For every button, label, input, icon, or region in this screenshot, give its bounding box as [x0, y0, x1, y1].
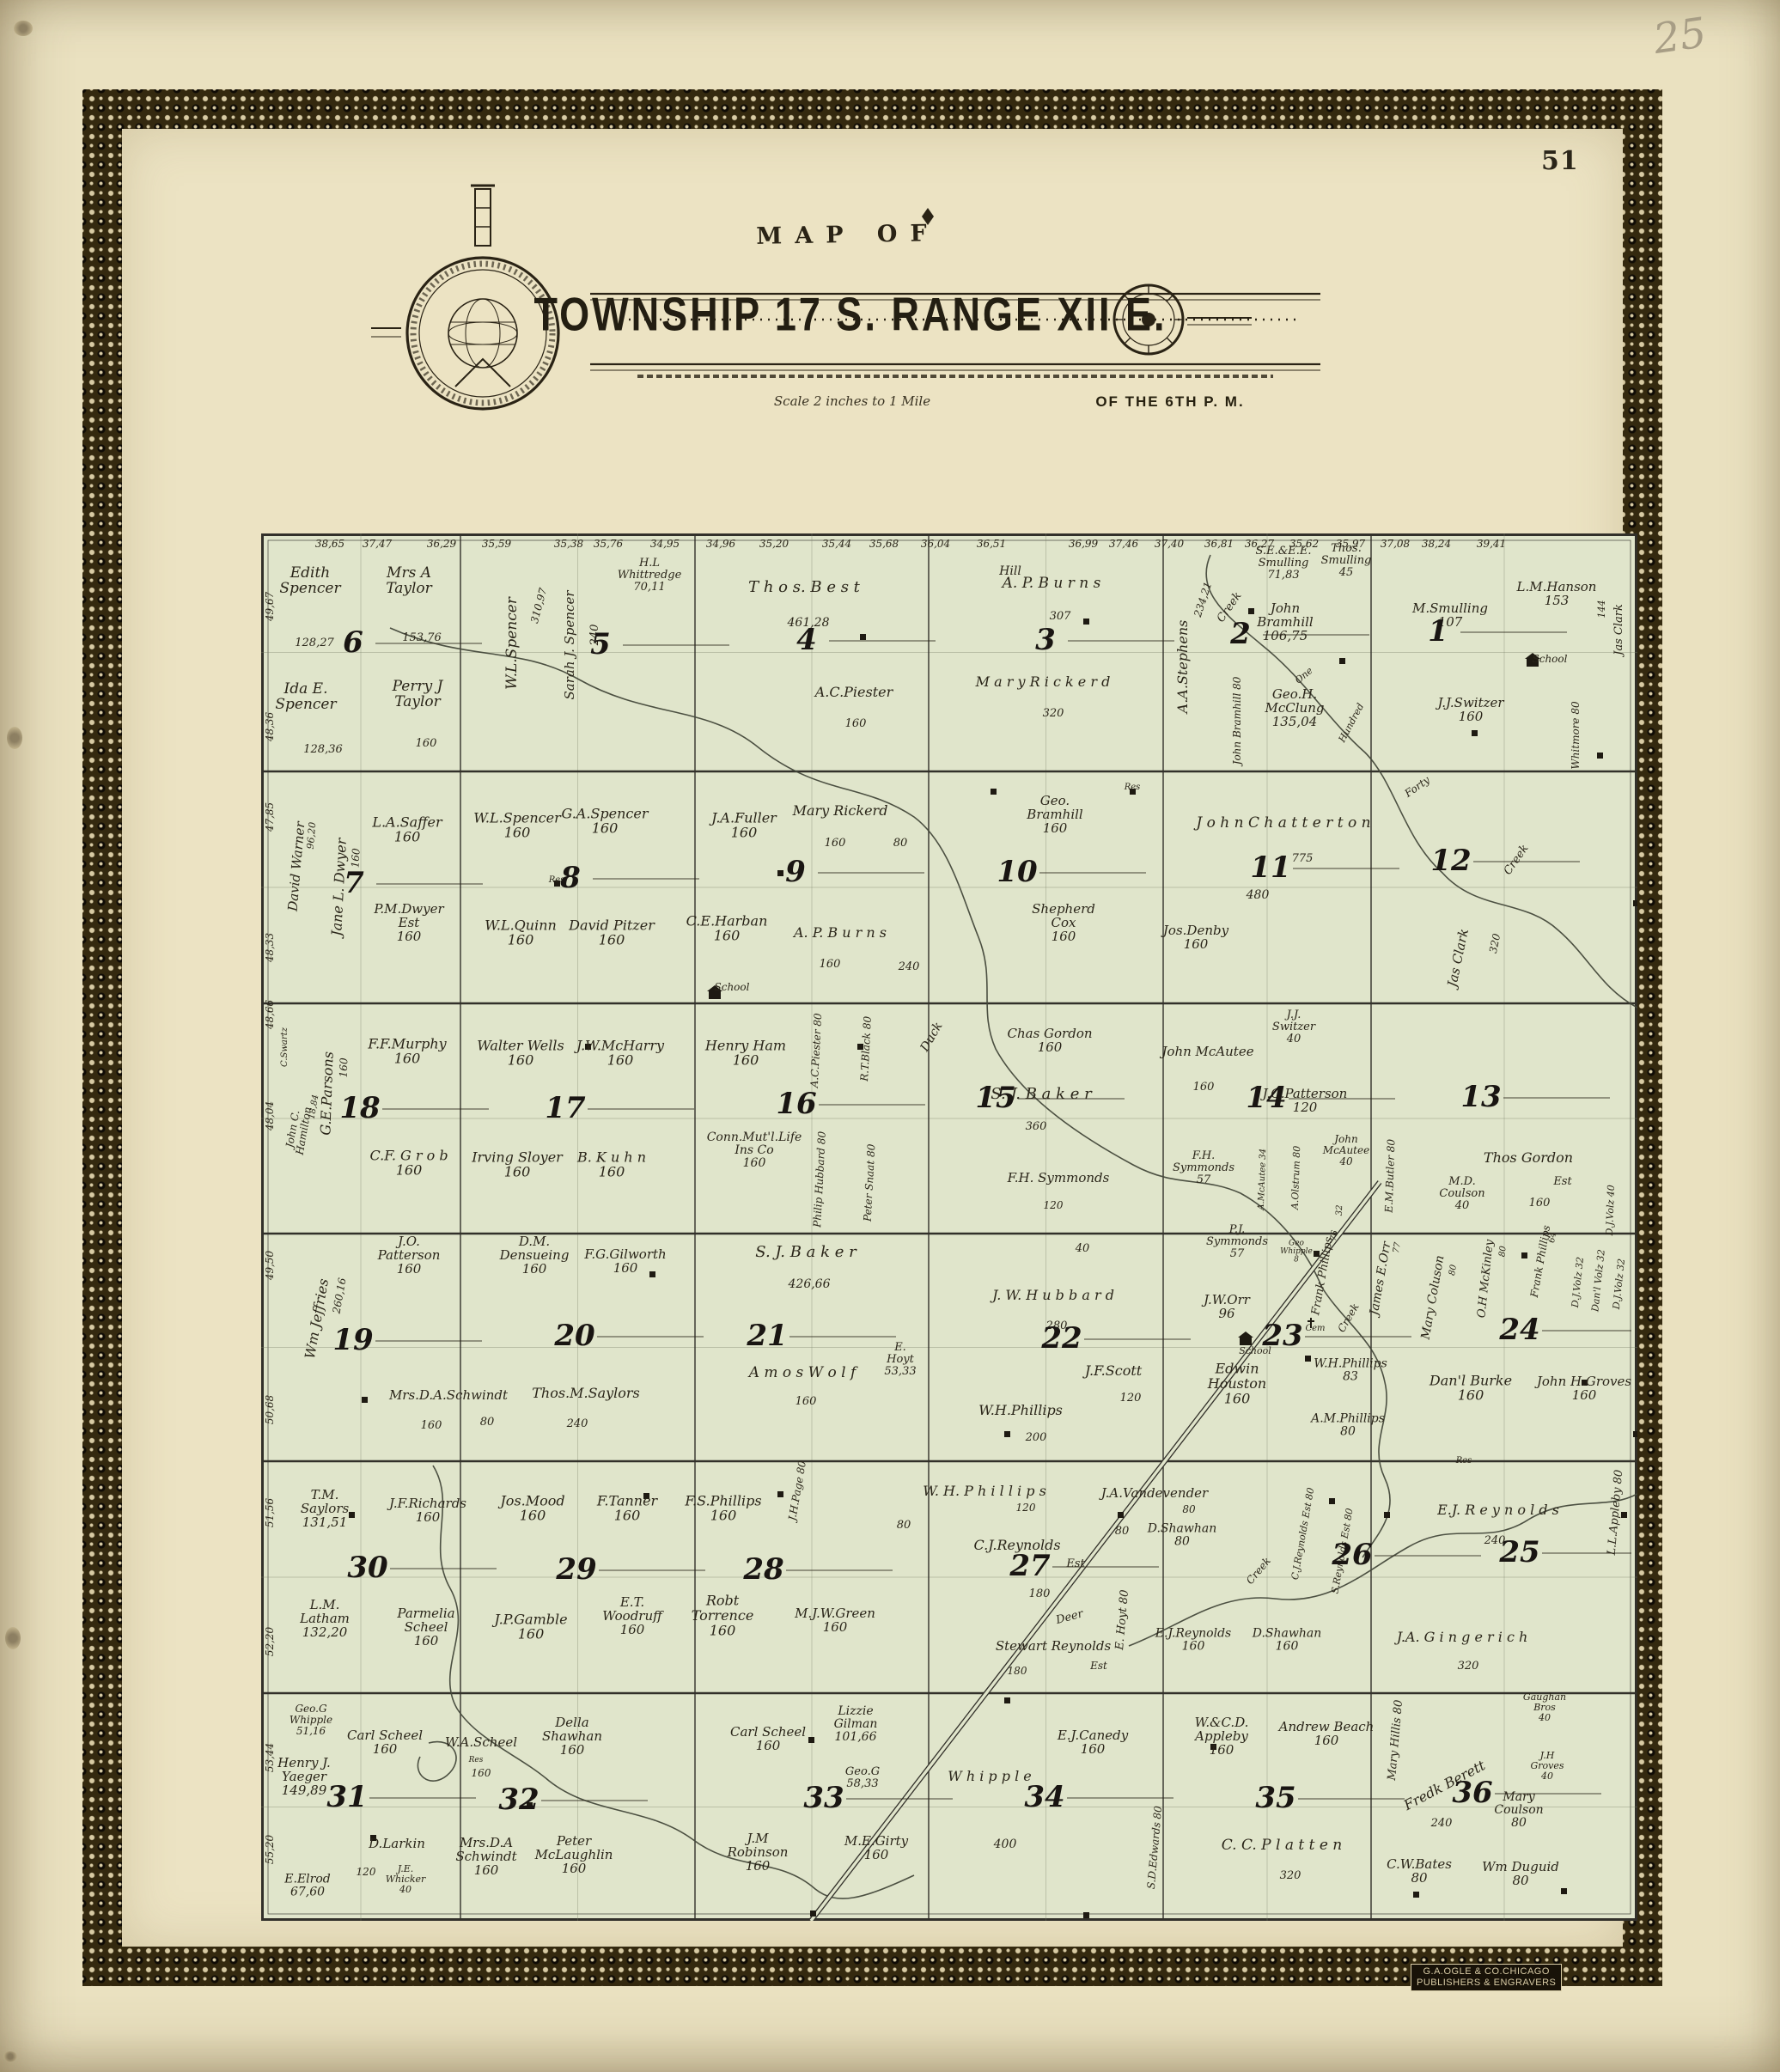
svg-text:426,66: 426,66: [788, 1277, 831, 1291]
svg-text:J. W. H u b b a r d: J. W. H u b b a r d: [990, 1287, 1114, 1303]
svg-text:35,44: 35,44: [822, 538, 851, 550]
svg-text:A. P. B u r n s: A. P. B u r n s: [1001, 575, 1101, 592]
svg-text:Sarah J. Spencer: Sarah J. Spencer: [562, 590, 577, 700]
svg-text:240: 240: [566, 1417, 588, 1430]
atlas-sheet: 25 51: [0, 0, 1780, 2072]
svg-text:37,47: 37,47: [363, 538, 393, 550]
svg-text:14: 14: [1246, 1081, 1286, 1115]
svg-text:36,99: 36,99: [1069, 538, 1099, 550]
svg-text:T h o s. B e s t: T h o s. B e s t: [748, 578, 861, 596]
svg-text:A m o s W o l f: A m o s W o l f: [747, 1364, 858, 1381]
svg-text:A. P. B u r n s: A. P. B u r n s: [792, 924, 887, 941]
svg-text:E.J. R e y n o l d s: E.J. R e y n o l d s: [1436, 1502, 1559, 1518]
svg-text:34: 34: [1024, 1780, 1064, 1814]
svg-text:21: 21: [746, 1319, 787, 1353]
svg-text:36,51: 36,51: [977, 538, 1006, 550]
punch-hole: [3, 2051, 17, 2062]
svg-text:37,40: 37,40: [1155, 538, 1185, 550]
svg-text:10: 10: [997, 855, 1038, 889]
svg-text:35,59: 35,59: [482, 538, 512, 550]
svg-text:160: 160: [825, 837, 846, 850]
svg-text:55,20: 55,20: [264, 1834, 276, 1864]
svg-text:96,20: 96,20: [305, 821, 319, 850]
svg-text:128,36: 128,36: [303, 743, 343, 756]
svg-text:320: 320: [1043, 707, 1064, 720]
svg-text:160: 160: [416, 737, 437, 750]
svg-text:35,62: 35,62: [1289, 538, 1319, 550]
svg-text:31: 31: [326, 1780, 367, 1814]
svg-text:35,20: 35,20: [759, 538, 789, 550]
svg-text:Geo.G58,33: Geo.G58,33: [845, 1765, 880, 1790]
svg-text:35,38: 35,38: [554, 538, 584, 550]
svg-text:36,27: 36,27: [1245, 538, 1275, 550]
ornamental-border: 51: [82, 89, 1662, 1986]
svg-text:C. C. P l a t t e n: C. C. P l a t t e n: [1222, 1837, 1343, 1854]
svg-text:36: 36: [1452, 1776, 1492, 1810]
svg-text:64: 64: [1547, 1231, 1558, 1243]
svg-text:Henry J.Yaeger149,89: Henry J.Yaeger149,89: [277, 1755, 331, 1798]
svg-text:307: 307: [1050, 610, 1072, 623]
svg-text:Stewart Reynolds: Stewart Reynolds: [996, 1638, 1112, 1654]
svg-text:360: 360: [1026, 1120, 1047, 1133]
svg-text:John Bramhill 80: John Bramhill 80: [1231, 676, 1243, 767]
svg-text:76: 76: [1329, 1229, 1340, 1242]
svg-text:16: 16: [776, 1087, 816, 1121]
svg-text:11: 11: [1250, 850, 1290, 885]
svg-text:34,96: 34,96: [706, 538, 736, 550]
svg-text:J.A. G i n g e r i c h: J.A. G i n g e r i c h: [1394, 1629, 1528, 1645]
svg-text:Mary Rickerd: Mary Rickerd: [792, 802, 888, 819]
plat-svg: EdithSpencer128,27Mrs ATaylor153,76Ida E…: [261, 533, 1637, 1921]
svg-text:48,04: 48,04: [264, 1101, 276, 1131]
svg-text:18: 18: [339, 1091, 380, 1125]
svg-text:160: 160: [1529, 1197, 1551, 1210]
svg-text:22: 22: [1040, 1321, 1082, 1356]
svg-text:36,81: 36,81: [1204, 538, 1234, 550]
svg-text:120: 120: [1016, 1502, 1036, 1514]
svg-text:S. J. B a k e r: S. J. B a k e r: [755, 1243, 857, 1261]
svg-text:5: 5: [590, 627, 611, 661]
svg-text:24: 24: [1498, 1313, 1539, 1347]
svg-text:128,27: 128,27: [295, 637, 334, 649]
svg-text:48,66: 48,66: [264, 999, 276, 1030]
svg-text:52,20: 52,20: [264, 1626, 276, 1656]
svg-text:160: 160: [349, 848, 362, 868]
scale-note: Scale 2 inches to 1 Mile: [723, 393, 981, 409]
township-map: EdithSpencer128,27Mrs ATaylor153,76Ida E…: [261, 533, 1637, 1921]
svg-text:Thos Gordon: Thos Gordon: [1484, 1149, 1573, 1166]
svg-text:W h i p p l e: W h i p p l e: [948, 1768, 1031, 1784]
svg-text:80: 80: [480, 1416, 495, 1429]
svg-text:27: 27: [1009, 1549, 1051, 1583]
page-title: TOWNSHIP 17 S. RANGE XII E.: [524, 287, 1177, 341]
svg-text:240: 240: [1430, 1817, 1453, 1830]
svg-text:80: 80: [1448, 1264, 1459, 1277]
svg-text:Mrs ATaylor: Mrs ATaylor: [386, 564, 433, 597]
svg-text:35,68: 35,68: [869, 538, 899, 550]
svg-text:Whitmore 80: Whitmore 80: [1570, 701, 1582, 770]
svg-text:J.F.Scott: J.F.Scott: [1082, 1362, 1143, 1379]
svg-text:Thos.M.Saylors: Thos.M.Saylors: [532, 1385, 640, 1401]
svg-text:J o h n C h a t t e r t o n: J o h n C h a t t e r t o n: [1193, 814, 1370, 832]
svg-text:120: 120: [1044, 1199, 1064, 1211]
punch-hole: [14, 21, 33, 36]
svg-text:49,50: 49,50: [264, 1250, 276, 1281]
svg-text:47,85: 47,85: [264, 802, 276, 832]
svg-text:W. H. P h i l l i p s: W. H. P h i l l i p s: [923, 1483, 1046, 1499]
svg-text:160: 160: [472, 1767, 491, 1779]
svg-text:9: 9: [785, 855, 806, 889]
meridian-note: OF THE 6TH P. M.: [1058, 393, 1282, 411]
svg-text:40: 40: [1075, 1242, 1090, 1255]
svg-text:W.A.Scheel: W.A.Scheel: [445, 1734, 517, 1750]
svg-text:A.C.Piester: A.C.Piester: [814, 684, 894, 700]
svg-text:Jas Clark: Jas Clark: [1612, 604, 1625, 658]
svg-text:51,56: 51,56: [264, 1497, 276, 1527]
svg-text:36,04: 36,04: [921, 538, 950, 550]
svg-text:77: 77: [1392, 1241, 1403, 1254]
svg-text:2: 2: [1229, 617, 1251, 651]
svg-text:400: 400: [993, 1837, 1017, 1851]
svg-text:8: 8: [559, 861, 581, 895]
svg-text:160: 160: [820, 958, 841, 971]
svg-text:38,24: 38,24: [1422, 538, 1451, 550]
publisher-line2: PUBLISHERS & ENGRAVERS: [1417, 1978, 1556, 1989]
svg-text:W.L.Spencer: W.L.Spencer: [503, 596, 521, 690]
svg-text:6: 6: [343, 625, 363, 660]
page-number: 51: [1541, 146, 1579, 176]
svg-text:200: 200: [1025, 1431, 1047, 1444]
svg-text:School: School: [715, 981, 750, 993]
svg-text:53,44: 53,44: [264, 1743, 276, 1772]
svg-text:34,95: 34,95: [650, 538, 680, 550]
svg-text:32: 32: [1335, 1204, 1344, 1216]
svg-text:33: 33: [803, 1781, 844, 1815]
svg-text:36,29: 36,29: [427, 538, 457, 550]
page-body: 51: [122, 129, 1623, 1947]
svg-text:32: 32: [498, 1783, 539, 1817]
svg-text:30: 30: [347, 1551, 388, 1585]
svg-text:480: 480: [1246, 888, 1270, 902]
svg-text:LizzieGilman101,66: LizzieGilman101,66: [834, 1704, 878, 1744]
svg-text:180: 180: [1029, 1588, 1051, 1600]
svg-text:W.H.Phillips: W.H.Phillips: [978, 1402, 1063, 1418]
svg-text:153,76: 153,76: [402, 631, 442, 644]
punch-hole: [7, 727, 22, 749]
svg-text:John McAutee: John McAutee: [1159, 1044, 1253, 1059]
title-arc: MAP OF: [689, 219, 1007, 251]
svg-text:Mrs.D.A.Schwindt: Mrs.D.A.Schwindt: [388, 1387, 509, 1403]
svg-text:320: 320: [1458, 1660, 1479, 1673]
svg-text:160: 160: [845, 717, 867, 730]
svg-text:160: 160: [421, 1419, 442, 1432]
publisher-line1: G.A.OGLE & CO.CHICAGO: [1417, 1966, 1556, 1978]
svg-text:Est: Est: [1552, 1175, 1572, 1188]
svg-text:144: 144: [1596, 600, 1607, 619]
publisher-imprint: G.A.OGLE & CO.CHICAGO PUBLISHERS & ENGRA…: [1411, 1964, 1562, 1991]
svg-text:1: 1: [1428, 614, 1448, 649]
svg-text:37,46: 37,46: [1109, 538, 1139, 550]
svg-text:23: 23: [1261, 1319, 1302, 1353]
svg-text:13: 13: [1460, 1080, 1501, 1114]
svg-text:35,76: 35,76: [594, 538, 624, 550]
svg-text:17: 17: [545, 1091, 586, 1125]
svg-text:28: 28: [742, 1552, 783, 1587]
svg-text:15: 15: [975, 1081, 1015, 1115]
svg-text:49,67: 49,67: [264, 591, 276, 622]
svg-text:A.Olstrum 80: A.Olstrum 80: [1289, 1146, 1303, 1211]
svg-text:80: 80: [893, 837, 908, 850]
svg-text:26: 26: [1331, 1538, 1372, 1572]
svg-text:29: 29: [555, 1552, 596, 1587]
svg-text:A.A.Stephens: A.A.Stephens: [1174, 620, 1191, 716]
svg-text:39,41: 39,41: [1477, 538, 1506, 550]
svg-text:160: 160: [1193, 1081, 1215, 1094]
svg-text:50,68: 50,68: [264, 1394, 276, 1424]
svg-text:D.J.Volz 40: D.J.Volz 40: [1604, 1185, 1617, 1237]
svg-text:D.Larkin: D.Larkin: [368, 1836, 425, 1851]
svg-text:G.E.Parsons: G.E.Parsons: [317, 1051, 336, 1136]
svg-text:E.Elrod67,60: E.Elrod67,60: [283, 1872, 330, 1898]
svg-text:320: 320: [1280, 1869, 1301, 1882]
pencil-annotation: 25: [1650, 9, 1709, 64]
svg-text:Est: Est: [1089, 1660, 1107, 1672]
svg-text:80: 80: [1182, 1503, 1196, 1515]
svg-text:4: 4: [796, 623, 817, 657]
svg-text:F.H. Symmonds: F.H. Symmonds: [1007, 1170, 1110, 1185]
svg-text:Res: Res: [1124, 783, 1141, 792]
svg-text:19: 19: [332, 1323, 373, 1357]
svg-text:48,33: 48,33: [264, 932, 276, 963]
svg-text:Geo.H.McClung135,04: Geo.H.McClung135,04: [1265, 686, 1325, 729]
svg-text:School: School: [1533, 653, 1568, 665]
svg-text:Res: Res: [1455, 1456, 1472, 1466]
svg-text:38,65: 38,65: [315, 538, 344, 550]
svg-text:35: 35: [1255, 1781, 1295, 1815]
svg-text:80: 80: [897, 1519, 911, 1532]
svg-text:120: 120: [357, 1866, 376, 1878]
svg-text:37,08: 37,08: [1381, 538, 1411, 550]
svg-text:Perry JTaylor: Perry JTaylor: [392, 678, 444, 710]
svg-text:80: 80: [1497, 1245, 1508, 1257]
svg-text:180: 180: [1008, 1665, 1027, 1677]
svg-text:7: 7: [344, 866, 364, 900]
svg-text:25: 25: [1498, 1535, 1539, 1569]
punch-hole: [5, 1627, 21, 1649]
svg-text:35,97: 35,97: [1336, 538, 1366, 550]
svg-text:48,36: 48,36: [264, 711, 276, 742]
svg-text:775: 775: [1292, 852, 1314, 865]
svg-text:Res: Res: [468, 1756, 484, 1764]
svg-text:160: 160: [796, 1395, 817, 1408]
svg-text:80: 80: [1115, 1525, 1130, 1538]
svg-text:Est: Est: [1065, 1557, 1085, 1570]
svg-text:12: 12: [1430, 844, 1471, 878]
svg-text:160: 160: [338, 1057, 351, 1078]
svg-text:120: 120: [1120, 1392, 1142, 1405]
svg-text:C.Swartz: C.Swartz: [280, 1027, 290, 1067]
svg-text:240: 240: [898, 960, 920, 973]
svg-text:Cem: Cem: [1305, 1324, 1325, 1333]
svg-text:3: 3: [1035, 623, 1056, 657]
svg-text:20: 20: [553, 1319, 595, 1353]
svg-text:J.A.Vandevender: J.A.Vandevender: [1099, 1485, 1209, 1501]
svg-text:M a r y R i c k e r d: M a r y R i c k e r d: [975, 673, 1111, 690]
